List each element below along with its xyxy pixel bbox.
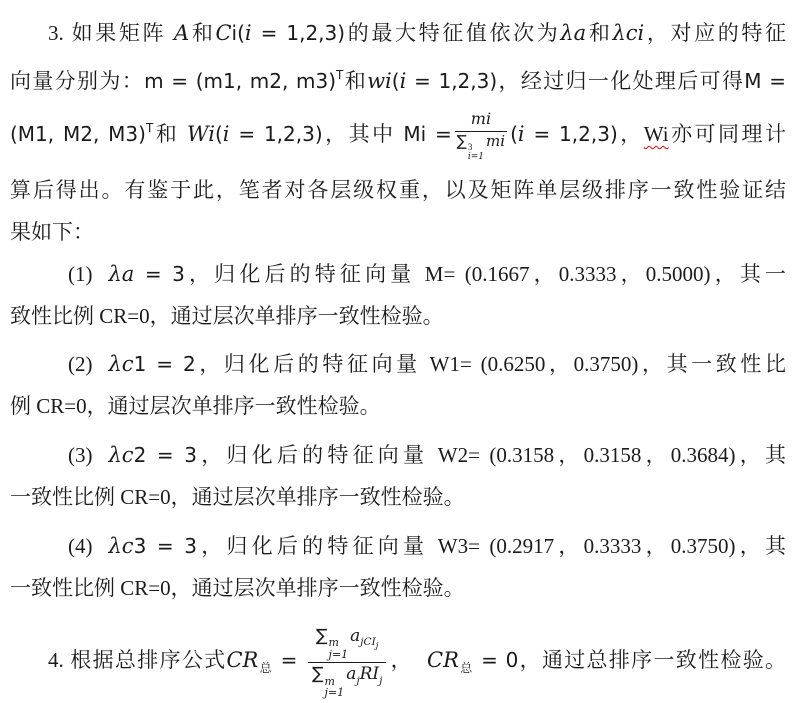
text-line: 一致性比例 CR=0，通过层次单排序一致性检验。 [10,476,786,518]
fraction-cr-total: ∑mj=1ajCIj∑mj=1ajRIj [308,626,386,699]
text-run: 致性比例 CR=0，通过层次单排序一致性检验。 [10,304,444,328]
math-vector-m: m = (m1, m2, m3) [144,69,336,93]
item-4: (4)λc3 = 3，归化后的特征向量 W3= (0.2917，0.3333，0… [10,525,786,609]
text-line: (2)λc1 = 2，归化后的特征向量 W1= (0.6250，0.3750)，… [10,343,786,385]
text-run: ，归化后的特征向量 M= (0.1667，0.3333，0.5000)，其一 [185,262,786,286]
math-var-i: i [518,122,525,146]
text-run: ， [389,648,413,672]
text-line: 3. 如果矩阵 A和Ci(i = 1,2,3)的最大特征值依次为λa和λci，对… [10,12,786,54]
paren: ( [237,21,245,45]
text-line: 算后得出。有鉴于此，笔者对各层级权重，以及矩阵单层级排序一致性验证结 [10,169,786,211]
math-equals: = [273,648,305,672]
math-var-CR: CR [427,648,459,672]
math-run: = 1,2,3) [252,21,345,45]
math-var-mi: mi [486,132,505,150]
math-sub-jCI: jCI [360,636,375,648]
math-sub-j: j [376,640,379,650]
math-subscript: jCIj [360,637,378,648]
text-run: 亦可同理计 [669,122,786,146]
paragraph-4: 4. 根据总排序公式CR总 = ∑mj=1ajCIj∑mj=1ajRIj，CR总… [10,618,786,702]
text-run: 和 [189,21,215,45]
math-lambda-a: λa [560,21,586,45]
text-run: ， [618,122,644,146]
item-2: (2)λc1 = 2，归化后的特征向量 W1= (0.6250，0.3750)，… [10,343,786,427]
text-line: 致性比例 CR=0，通过层次单排序一致性检验。 [10,295,786,337]
math-var-RI: RI [360,664,380,684]
math-lambda-a: λa [109,262,135,286]
math-sub-j: j [379,675,382,687]
item-number: (3) [68,443,93,467]
text-line: (1)λa = 3，归化后的特征向量 M= (0.1667，0.3333，0.5… [10,253,786,295]
math-eq-value: 1 = 2 [134,352,196,376]
text-run: 的最大特征值依次为 [345,21,560,45]
sigma-limits: mj=1 [329,637,349,660]
math-eq-value: 2 = 3 [134,443,197,467]
math-vector-M: (M1, M2, M3) [10,122,146,146]
text-run: ，通过总排序一致性检验。 [518,648,786,672]
text-line: 例 CR=0，通过层次单排序一致性检验。 [10,385,786,427]
math-lambda-c: λc [109,352,134,376]
math-var-i: i [223,122,230,146]
text-run: ，归化后的特征向量 W2= (0.3158，0.3158，0.3684)，其 [197,443,786,467]
text-line: 果如下： [10,211,786,253]
math-var-C: C [215,21,231,45]
text-run: 和 [153,122,187,146]
fraction-denominator: ∑mj=1ajRIj [308,662,386,699]
text-run: ，经过归一化处理后可得 [497,69,744,93]
sigma-icon: ∑ [312,664,323,684]
math-eq-value: = 3 [134,262,185,286]
math-lambda-c: λc [109,443,134,467]
sigma-upper-limit: m [329,637,339,649]
fraction-denominator: ∑3i=1mi [455,131,507,162]
formula-line: (M1, M2, M3)T和 Wi(i = 1,2,3)，其中 Mi =mi∑3… [10,96,786,160]
math-var-Mi: Mi = [403,122,451,146]
text-run: 一致性比例 CR=0，通过层次单排序一致性检验。 [10,485,465,509]
math-var-CR: CR [226,648,258,672]
text-run: ，归化后的特征向量 W1= (0.6250，0.3750)，其一致性比 [196,352,786,376]
item-1: (1)λa = 3，归化后的特征向量 M= (0.1667，0.3333，0.5… [10,253,786,337]
text-line: 一致性比例 CR=0，通过层次单排序一致性检验。 [10,567,786,609]
math-var-mi: mi [471,109,491,128]
paren: ( [215,122,223,146]
math-eq-value: 3 = 3 [134,534,197,558]
text-run: 一致性比例 CR=0，通过层次单排序一致性检验。 [10,576,465,600]
math-lambda-c: λc [109,534,134,558]
text-run: ，对应的特征 [644,21,786,45]
text-run: 和 [586,21,612,45]
text-run: 向量分别为： [10,69,144,93]
text-run: 和 [343,69,367,93]
paragraph-3: 3. 如果矩阵 A和Ci(i = 1,2,3)的最大特征值依次为λa和λci，对… [10,12,786,253]
sigma-lower-limit: j=1 [329,649,349,661]
item-3: (3)λc2 = 3，归化后的特征向量 W2= (0.3158，0.3158，0… [10,434,786,518]
sigma-icon: ∑ [316,626,327,646]
math-run: = 1,2,3) [525,122,618,146]
document-page: 3. 如果矩阵 A和Ci(i = 1,2,3)的最大特征值依次为λa和λci，对… [0,0,796,702]
item-number: (2) [68,352,93,376]
text-run: 4. 根据总排序公式 [48,648,226,672]
spellcheck-flagged-Wi: Wi [644,122,669,146]
math-eq-value: = 0 [474,648,519,672]
fraction-numerator: ∑mj=1ajCIj [308,626,386,663]
math-var-a: a [346,664,356,684]
text-run: 果如下： [10,220,94,244]
math-var-i: i [245,21,252,45]
fraction-mi-normalized: mi∑3i=1mi [455,110,507,162]
math-var-M: M = [744,69,786,93]
paren: ( [392,69,400,93]
sigma-lower-limit: i=1 [468,153,484,162]
math-var-wi: wi [367,69,392,93]
math-sub-total: 总 [459,661,474,675]
text-run: ，其中 [323,122,404,146]
paren: ( [510,122,518,146]
sigma-limits: 3i=1 [468,143,484,162]
math-sub-total: 总 [258,661,273,675]
text-run: 算后得出。有鉴于此，笔者对各层级权重，以及矩阵单层级排序一致性验证结 [10,178,786,202]
text-run: ，归化后的特征向量 W3= (0.2917，0.3333，0.3750)，其 [197,534,786,558]
math-var-a: a [350,626,360,646]
math-lambda-ci: λci [612,21,644,45]
math-run: = 1,2,3) [230,122,323,146]
item-number: (1) [68,262,93,286]
text-run: 3. 如果矩阵 [48,21,174,45]
math-var-Wi: Wi [187,122,215,146]
sigma-icon: ∑ [457,132,467,150]
text-line: (4)λc3 = 3，归化后的特征向量 W3= (0.2917，0.3333，0… [10,525,786,567]
fraction-numerator: mi [455,110,507,130]
sigma-limits: mj=1 [325,676,345,699]
math-subscript: j [379,676,382,687]
math-var-A: A [174,21,189,45]
math-subsubscript: j [376,640,379,650]
text-line: (3)λc2 = 3，归化后的特征向量 W2= (0.3158，0.3158，0… [10,434,786,476]
math-run: = 1,2,3) [406,69,497,93]
item-number: (4) [68,534,93,558]
text-run: 例 CR=0，通过层次单排序一致性检验。 [10,394,381,418]
text-line: 向量分别为：m = (m1, m2, m3)T和wi(i = 1,2,3)，经过… [10,54,786,96]
sigma-lower-limit: j=1 [325,687,345,699]
